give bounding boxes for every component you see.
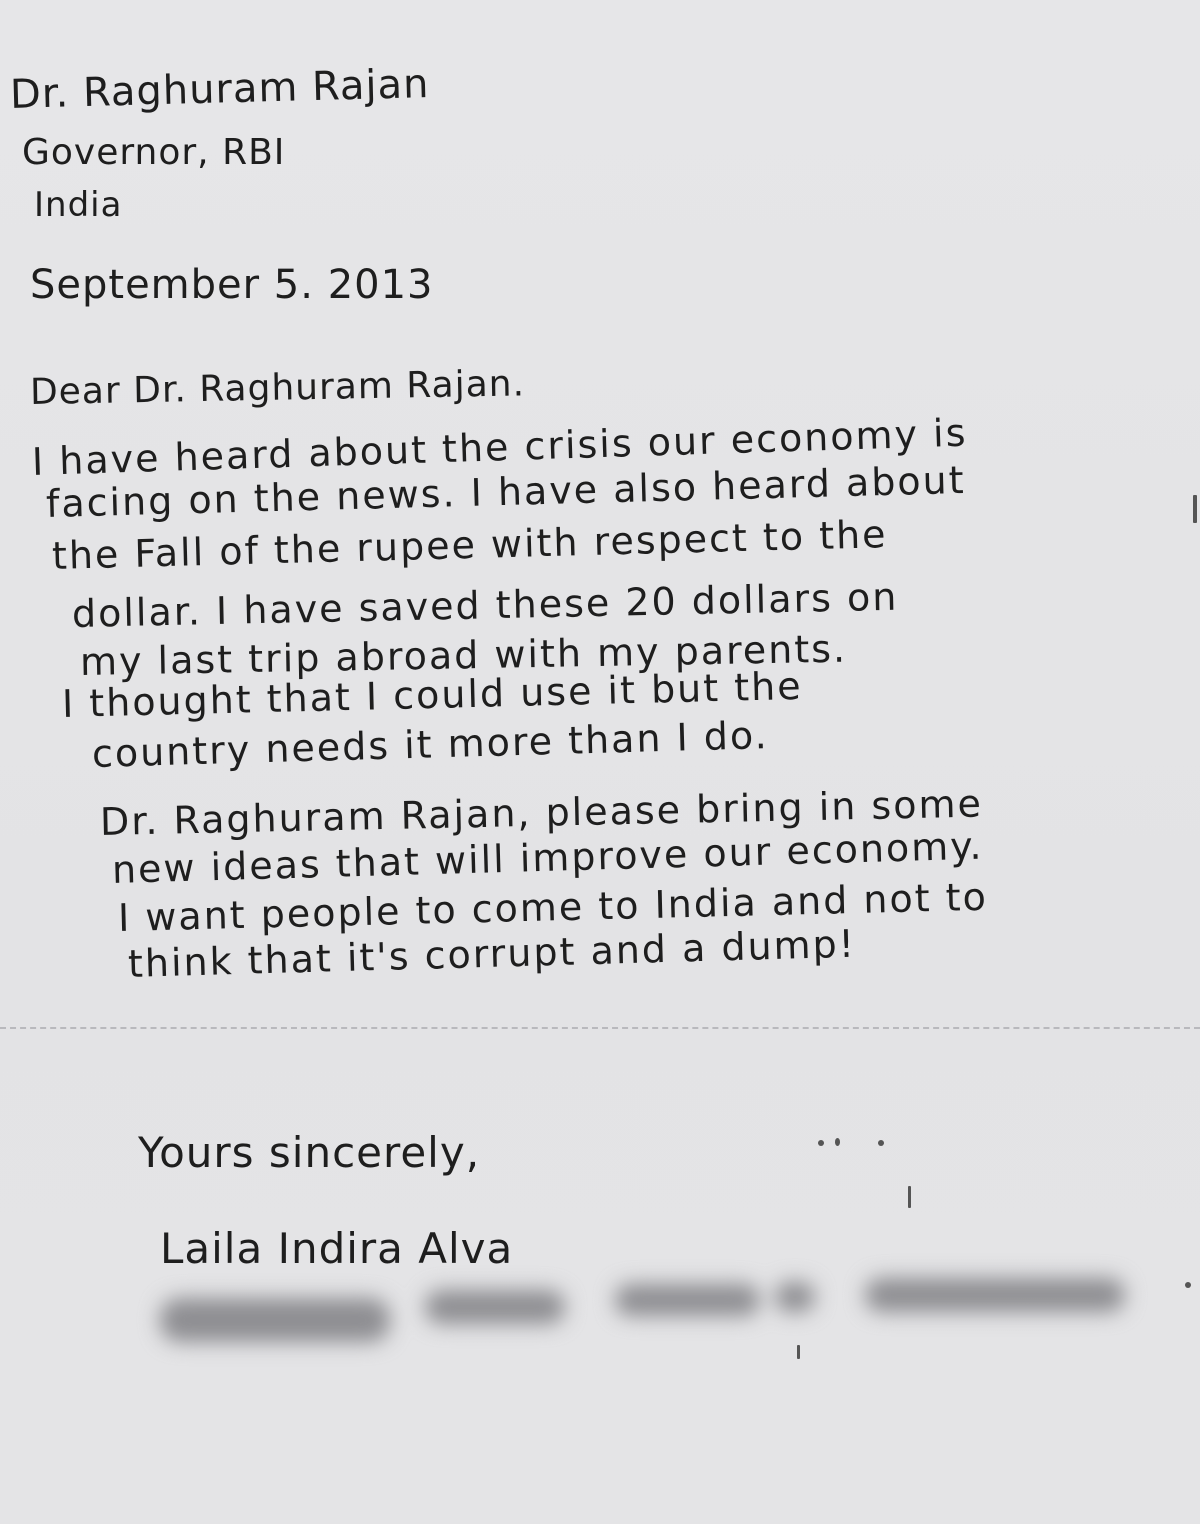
signature: Laila Indira Alva xyxy=(160,1224,513,1273)
body-line: dollar. I have saved these 20 dollars on xyxy=(72,575,899,636)
stray-mark xyxy=(1185,1282,1191,1288)
stray-mark xyxy=(1193,495,1197,523)
stray-mark xyxy=(818,1140,824,1146)
salutation: Dear Dr. Raghuram Rajan. xyxy=(30,363,526,413)
stray-mark xyxy=(878,1140,884,1146)
stray-mark xyxy=(835,1138,840,1146)
letter-date: September 5. 2013 xyxy=(30,262,433,308)
letter-page: Dr. Raghuram Rajan Governor, RBI India S… xyxy=(0,0,1200,1524)
fold-line xyxy=(0,1027,1200,1029)
recipient-name: Dr. Raghuram Rajan xyxy=(9,61,430,118)
stray-mark xyxy=(797,1345,800,1359)
recipient-title: Governor, RBI xyxy=(22,132,285,173)
redacted-details xyxy=(160,1270,1150,1350)
recipient-country: India xyxy=(34,185,122,225)
stray-mark xyxy=(908,1186,911,1208)
closing: Yours sincerely, xyxy=(138,1128,480,1177)
